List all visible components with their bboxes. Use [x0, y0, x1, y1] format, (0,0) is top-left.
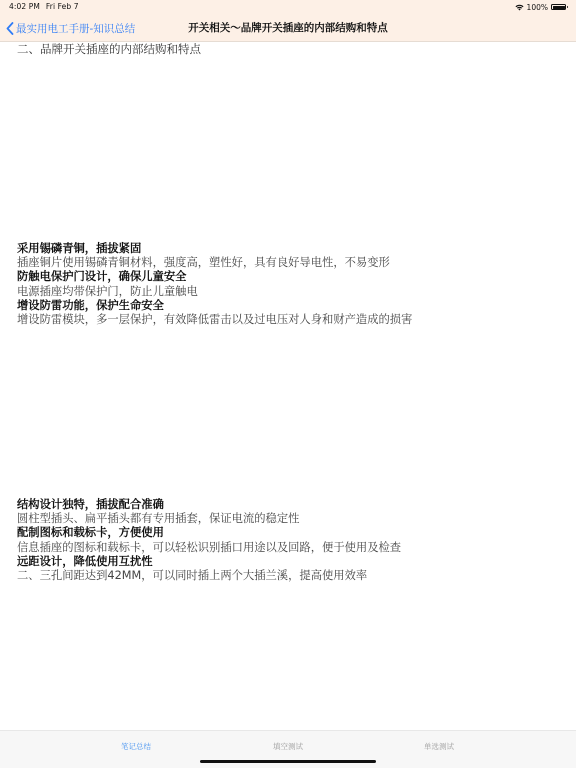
feature-heading: 结构设计独特，插拔配合准确 [17, 498, 401, 512]
page-title: 开关相关～品牌开关插座的内部结购和特点 [0, 20, 576, 35]
feature-heading: 增设防雷功能，保护生命安全 [17, 299, 412, 313]
status-time: 4:02 PM [9, 2, 40, 11]
battery-icon [551, 4, 566, 10]
home-indicator[interactable] [200, 760, 376, 763]
feature-heading: 配制图标和载标卡，方便使用 [17, 526, 401, 540]
status-bar-time: 4:02 PMFri Feb 7 [9, 2, 79, 11]
app-screen: 4:02 PMFri Feb 7 100% 最实用电工手册-知识总结 开关相关～… [0, 0, 576, 768]
feature-heading: 采用锡磷青铜，插拔紧固 [17, 242, 412, 256]
feature-description: 圆柱型插头、扁平插头都有专用插套，保证电流的稳定性 [17, 512, 401, 526]
feature-description: 增设防雷模块，多一层保护，有效降低雷击以及过电压对人身和财产造成的损害 [17, 313, 412, 327]
status-bar-right: 100% [515, 2, 566, 12]
feature-heading: 防触电保护门设计，确保儿童安全 [17, 270, 412, 284]
tab-single-choice-test[interactable]: 单选测试 [343, 741, 535, 752]
feature-block-1: 采用锡磷青铜，插拔紧固 插座铜片使用锡磷青铜材料，强度高，塑性好，具有良好导电性… [17, 242, 412, 327]
wifi-icon [515, 4, 524, 11]
feature-block-2: 结构设计独特，插拔配合准确 圆柱型插头、扁平插头都有专用插套，保证电流的稳定性 … [17, 498, 401, 583]
feature-description: 电源插座均带保护门，防止儿童触电 [17, 285, 412, 299]
feature-description: 插座铜片使用锡磷青铜材料，强度高，塑性好，具有良好导电性，不易变形 [17, 256, 412, 270]
feature-description: 二、三孔间距达到42MM，可以同时插上两个大插兰溪，提高使用效率 [17, 569, 401, 583]
navigation-header: 4:02 PMFri Feb 7 100% 最实用电工手册-知识总结 开关相关～… [0, 0, 576, 42]
feature-heading: 远距设计，降低使用互扰性 [17, 555, 401, 569]
status-date: Fri Feb 7 [46, 2, 79, 11]
article-content: 二、品牌开关插座的内部结购和特点 采用锡磷青铜，插拔紧固 插座铜片使用锡磷青铜材… [0, 42, 576, 730]
battery-percent: 100% [527, 3, 548, 12]
section-title: 二、品牌开关插座的内部结购和特点 [17, 42, 201, 56]
page-title-text: 开关相关～品牌开关插座的内部结购和特点 [188, 20, 388, 35]
feature-description: 信息插座的图标和载标卡，可以轻松识别插口用途以及回路，便于使用及检查 [17, 541, 401, 555]
